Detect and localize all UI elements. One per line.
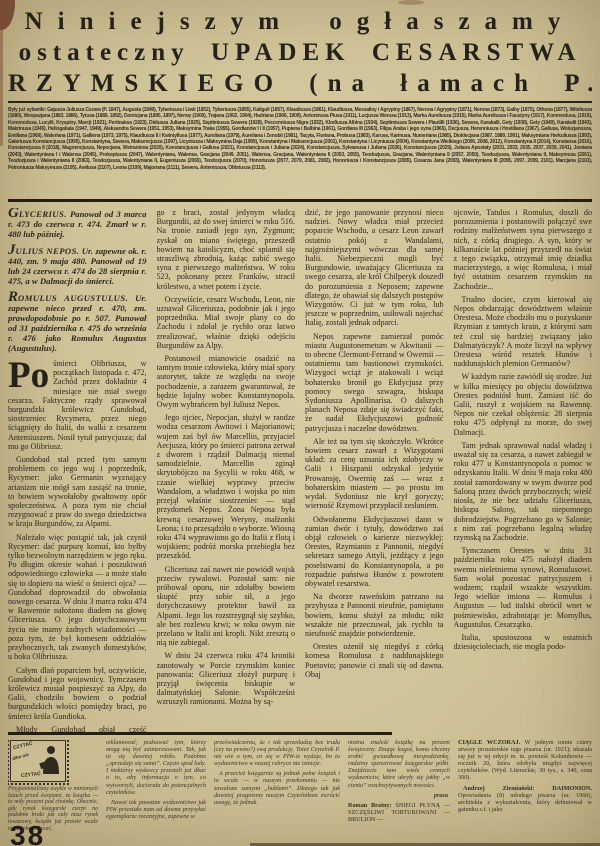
headline-line-1: Niniejszym ogłaszamy (8, 6, 592, 37)
article-paragraph: Pośmierci Olibriusza, w początkach listo… (8, 359, 147, 451)
article-paragraph: Tymczasem Orestes w dniu 31 października… (454, 546, 593, 629)
books-paragraph: przeświadczeniu, że i tak sprzedadzą bez… (214, 739, 340, 767)
book-entry: Andrzej Ziemiański: DAIMONION. Opowiadan… (458, 785, 592, 813)
article-paragraph: Postanowił mianowicie osadzić na tamtym … (157, 354, 296, 409)
article-column-2: go z braci, został jedynym władcą Burgun… (157, 208, 296, 732)
book-author: Roman Bratny: (348, 802, 392, 809)
drop-cap: Po (8, 359, 53, 391)
section-divider (8, 199, 592, 202)
books-paragraph: Nawet tak poważne wydawnictwo jak PIW pr… (106, 799, 206, 820)
article-paragraph: Oczywiście, cesarz Wschodu, Leon, nie uz… (157, 295, 296, 350)
books-column-e: CIĄGLE WCZORAJ. W jednym tomie cztery ut… (458, 739, 592, 846)
article-paragraph: Ale też na tym się skończyło. Wkrótce bo… (305, 437, 444, 511)
article-paragraph: Orestes ożenił się niegdyś z córką komes… (305, 642, 444, 679)
article-paragraph: W dniu 24 czerwca roku 474 kroniki zanot… (157, 651, 296, 706)
article-paragraph: Całym dlań poparciem był, oczywiście, Gu… (8, 666, 147, 721)
headline-divider (8, 101, 592, 103)
article-paragraph: Odwołanemu Ekdycjuszowi dano w zamian dw… (305, 515, 444, 589)
book-title: CIĄGLE WCZORAJ. (458, 739, 520, 746)
book-entry: CIĄGLE WCZORAJ. W jednym tomie cztery ut… (458, 739, 592, 782)
page-number: 38 (10, 823, 45, 846)
books-paragraph: reklamować, podsuwać tym, którzy mogą ni… (106, 739, 206, 796)
books-column-b: reklamować, podsuwać tym, którzy mogą ni… (106, 739, 206, 846)
article-column-3: dzić, że jego panowanie przynosi nieco n… (305, 208, 444, 732)
article-paragraph: ojcowie, Tatulus i Romulus, doszli do po… (454, 208, 593, 291)
emperor-intro-romulus-augustulus: ROMULUS AUGUSTULUS. Ur. zapewne nieco pr… (8, 292, 147, 353)
article-paragraph: go z braci, został jedynym władcą Burgun… (157, 208, 296, 291)
headline-line-3: RZYMSKIEGO (na łamach P.) (8, 68, 592, 99)
book-entry: Roman Bratny: ŚNIEGI PŁYNĄ — SZCZĘŚLIWI … (348, 802, 450, 823)
emperor-intro-glycerius: GLYCERIUS. Panował od 3 marca r. 473 do … (8, 208, 147, 239)
headline: Niniejszym ogłaszamy ostateczny UPADEK C… (8, 6, 592, 99)
article-paragraph: Tam jednak sprawował nadal władzę i uważ… (454, 441, 593, 542)
article-paragraph: Należało więc postąpić tak, jak czynił R… (8, 533, 147, 662)
article-paragraph: Gundobad stał przed tym samym problemem … (8, 455, 147, 529)
books-column-d: można znaleźć książkę na prezent świątec… (348, 739, 450, 846)
article-paragraph: W każdym razie zawiódł się srodze. Już w… (454, 372, 593, 436)
reader-figure-icon (37, 744, 63, 776)
article-paragraph: Młody Gundobad objął część królestwa, zd… (8, 725, 147, 732)
read-or-not-read-stamp-icon: CZYTAĆ albo nie CZYTAĆ (10, 740, 66, 782)
article-column-1: GLYCERIUS. Panował od 3 marca r. 473 do … (8, 208, 147, 732)
article-paragraph: Na dworze raweńskim patrzano na przybysz… (305, 592, 444, 638)
article-paragraph: Gliceriusz zaś nawet nie powiódł wojsk p… (157, 565, 296, 648)
article-paragraph: Nepos zapewne zamierzał pomóc miastu Aug… (305, 332, 444, 433)
article-column-4: ojcowie, Tatulus i Romulus, doszli do po… (454, 208, 593, 732)
headline-line-2: ostateczny UPADEK CESARSTWA (8, 37, 592, 68)
article-paragraph: Trudno dociec, czym kierował się Nepos o… (454, 295, 593, 369)
article-paragraph: Jego ojciec, Nepocjan, służył w randze w… (157, 413, 296, 560)
magazine-page: Niniejszym ogłaszamy ostateczny UPADEK C… (0, 0, 600, 846)
article-paragraph: dzić, że jego panowanie przynosi nieco n… (305, 208, 444, 328)
book-author: Andrzej Ziemiański: DAIMONION. (463, 785, 592, 792)
index-of-previous-profiles: Były już sylwetki: Gajusza Juliusza Ceza… (8, 107, 592, 189)
books-rubric: CZYTAĆ albo nie CZYTAĆ Przypominaliśmy z… (8, 732, 592, 846)
books-paragraph: A przecież księgarnie są jednak pełne ks… (214, 770, 340, 805)
books-paragraph: można znaleźć książkę na prezent świątec… (348, 739, 450, 789)
article-paragraph: Italia, spustoszona w ostatnich dziesięc… (454, 633, 593, 651)
rubric-signature: prasa (348, 792, 448, 799)
article-columns: GLYCERIUS. Panował od 3 marca r. 473 do … (8, 208, 592, 732)
emperor-intro-julius-nepos: JULIUS NEPOS. Ur. zapewne ok. r. 440, zm… (8, 245, 147, 286)
books-column-a: CZYTAĆ albo nie CZYTAĆ Przypominaliśmy z… (8, 739, 98, 846)
books-column-c: przeświadczeniu, że i tak sprzedadzą bez… (214, 739, 340, 846)
